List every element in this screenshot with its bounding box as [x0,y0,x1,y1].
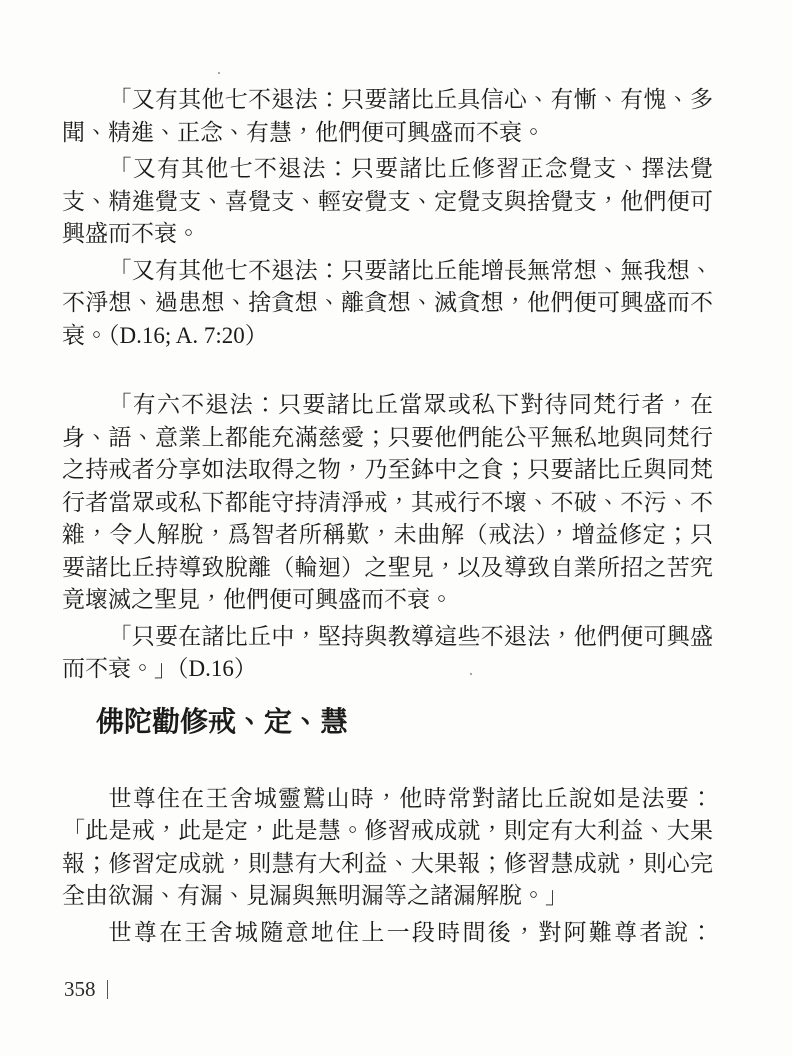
print-speck [218,72,220,74]
text-line: 「又有其他七不退法：只要諸比丘修習正念覺支、擇法覺 [62,153,713,186]
text-line: 「又有其他七不退法：只要諸比丘具信心、有慚、有愧、多 [62,84,713,117]
text-line: 雜，令人解脫，爲智者所稱歎，未曲解（戒法），增益修定；只 [62,519,713,552]
text-line: 身、語、意業上都能充滿慈愛；只要他們能公平無私地與同梵行 [62,422,713,455]
text-line: 衰。（D.16; A. 7:20） [62,320,713,353]
text-line: 興盛而不衰。 [62,218,713,251]
text-block: 「又有其他七不退法：只要諸比丘具信心、有慚、有愧、多聞、精進、正念、有慧，他們便… [62,84,713,949]
print-speck [470,673,472,675]
page-number: 358 [64,977,96,1002]
text-line: 全由欲漏、有漏、見漏與無明漏等之諸漏解脫。」 [62,880,713,913]
text-line: 而不衰。」（D.16） [62,653,713,686]
section-heading: 佛陀勸修戒、定、慧 [62,705,713,741]
page-footer: 358 [64,977,108,1002]
text-line: 世尊在王舍城隨意地住上一段時間後，對阿難尊者說： [62,917,713,950]
book-page: 「又有其他七不退法：只要諸比丘具信心、有慚、有愧、多聞、精進、正念、有慧，他們便… [0,0,792,1056]
paragraph: 「只要在諸比丘中，堅持與教導這些不退法，他們便可興盛而不衰。」（D.16） [62,621,713,686]
text-line: 行者當眾或私下都能守持清淨戒，其戒行不壞、不破、不污、不 [62,487,713,520]
paragraph: 「又有其他七不退法：只要諸比丘修習正念覺支、擇法覺支、精進覺支、喜覺支、輕安覺支… [62,153,713,251]
text-line: 聞、精進、正念、有慧，他們便可興盛而不衰。 [62,117,713,150]
text-line: 之持戒者分享如法取得之物，乃至鉢中之食；只要諸比丘與同梵 [62,454,713,487]
text-line: 「又有其他七不退法：只要諸比丘能增長無常想、無我想、 [62,255,713,288]
text-line: 「有六不退法：只要諸比丘當眾或私下對待同梵行者，在 [62,389,713,422]
paragraph: 「又有其他七不退法：只要諸比丘能增長無常想、無我想、不淨想、過患想、捨貪想、離貪… [62,255,713,353]
text-line: 支、精進覺支、喜覺支、輕安覺支、定覺支與捨覺支，他們便可 [62,186,713,219]
paragraph: 「有六不退法：只要諸比丘當眾或私下對待同梵行者，在身、語、意業上都能充滿慈愛；只… [62,389,713,617]
text-line: 不淨想、過患想、捨貪想、離貪想、滅貪想，他們便可興盛而不 [62,287,713,320]
footer-divider [107,980,108,999]
paragraph: 世尊住在王舍城靈鷲山時，他時常對諸比丘說如是法要：「此是戒，此是定，此是慧。修習… [62,783,713,913]
paragraph: 世尊在王舍城隨意地住上一段時間後，對阿難尊者說： [62,917,713,950]
text-line: 要諸比丘持導致脫離（輪迴）之聖見，以及導致自業所招之苦究 [62,552,713,585]
text-line: 世尊住在王舍城靈鷲山時，他時常對諸比丘說如是法要： [62,783,713,816]
text-line: 「此是戒，此是定，此是慧。修習戒成就，則定有大利益、大果 [62,815,713,848]
text-line: 「只要在諸比丘中，堅持與教導這些不退法，他們便可興盛 [62,621,713,654]
text-line: 報；修習定成就，則慧有大利益、大果報；修習慧成就，則心完 [62,848,713,881]
paragraph: 「又有其他七不退法：只要諸比丘具信心、有慚、有愧、多聞、精進、正念、有慧，他們便… [62,84,713,149]
text-line: 竟壞滅之聖見，他們便可興盛而不衰。 [62,584,713,617]
